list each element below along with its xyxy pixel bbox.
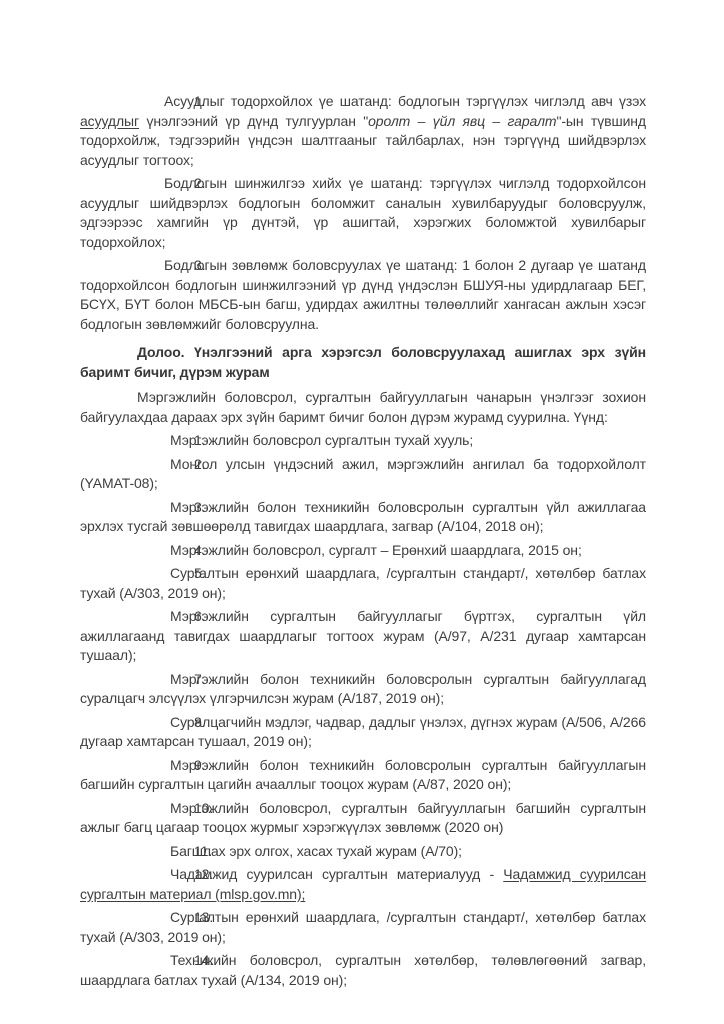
intro-paragraph: Мэргэжлийн боловсрол, сургалтын байгуулл… [80,388,646,427]
numbered-paragraph: 5.Сургалтын ерөнхий шаардлага, /сургалты… [80,564,646,603]
paragraph-number: 11. [137,842,170,862]
numbered-paragraph: 3.Бодлогын зөвлөмж боловсруулах үе шатан… [80,256,646,334]
numbered-paragraph: 2.Монгол улсын үндэсний ажил, мэргэжлийн… [80,455,646,494]
legal-document-list: 1.Мэргэжлийн боловсрол сургалтын тухай х… [80,431,646,990]
numbered-paragraph: 12.Чадамжид суурилсан сургалтын материал… [80,865,646,904]
numbered-paragraph: 10.Мэргэжлийн боловсрол, сургалтын байгу… [80,799,646,838]
numbered-paragraph: 11.Багшлах эрх олгох, хасах тухай журам … [80,842,646,862]
text-segment: Бодлогын зөвлөмж боловсруулах үе шатанд:… [80,257,646,332]
paragraph-number: 2. [137,455,170,475]
numbered-paragraph: 1.Асуудлыг тодорхойлох үе шатанд: бодлог… [80,92,646,170]
text-segment: үнэлгээний үр дүнд тулгуурлан " [139,113,368,129]
text-segment: оролт – үйл явц – гаралт [368,113,556,129]
paragraph-number: 10. [137,799,170,819]
numbered-paragraph: 9.Мэргэжлийн болон техникийн боловсролын… [80,756,646,795]
paragraph-number: 7. [137,670,170,690]
numbered-paragraph: 13.Сургалтын ерөнхий шаардлага, /сургалт… [80,908,646,947]
numbered-paragraph: 3.Мэргэжлийн болон техникийн боловсролын… [80,498,646,537]
numbered-paragraph: 8.Суралцагчийн мэдлэг, чадвар, дадлыг үн… [80,713,646,752]
text-segment: Багшлах эрх олгох, хасах тухай журам (А/… [170,843,462,859]
underlined-term: асуудлыг [80,113,139,129]
paragraph-number: 14. [137,951,170,971]
numbered-paragraph: 1.Мэргэжлийн боловсрол сургалтын тухай х… [80,431,646,451]
document-page: 1.Асуудлыг тодорхойлох үе шатанд: бодлог… [0,0,724,1024]
paragraph-number: 9. [137,756,170,776]
numbered-paragraph: 7.Мэргэжлийн болон техникийн боловсролын… [80,670,646,709]
paragraph-number: 3. [137,498,170,518]
numbered-paragraph: 2.Бодлогын шинжилгээ хийх үе шатанд: тэр… [80,174,646,252]
paragraph-number: 13. [137,908,170,928]
paragraph-number: 3. [137,256,164,276]
text-segment: Бодлогын шинжилгээ хийх үе шатанд: тэргү… [80,175,646,250]
text-segment: Асуудлыг тодорхойлох үе шатанд: бодлогын… [164,93,646,109]
text-segment: Мэргэжлийн боловсрол сургалтын тухай хуу… [170,432,473,448]
numbered-paragraph: 6.Мэргэжлийн сургалтын байгууллагыг бүрт… [80,607,646,666]
section-heading: Долоо. Үнэлгээний арга хэрэгсэл боловсру… [80,343,646,382]
paragraph-number: 8. [137,713,170,733]
numbered-paragraph: 14.Техникийн боловсрол, сургалтын хөтөлб… [80,951,646,990]
policy-stage-list: 1.Асуудлыг тодорхойлох үе шатанд: бодлог… [80,92,646,334]
paragraph-number: 5. [137,564,170,584]
paragraph-number: 1. [137,92,164,112]
paragraph-number: 2. [137,174,164,194]
paragraph-number: 1. [137,431,170,451]
paragraph-number: 12. [137,865,170,885]
paragraph-number: 4. [137,541,170,561]
paragraph-number: 6. [137,607,170,627]
text-segment: Мэргэжлийн боловсрол, сургалт – Ерөнхий … [170,542,582,558]
text-segment: Чадамжид суурилсан сургалтын материалууд… [170,866,503,882]
numbered-paragraph: 4.Мэргэжлийн боловсрол, сургалт – Ерөнхи… [80,541,646,561]
